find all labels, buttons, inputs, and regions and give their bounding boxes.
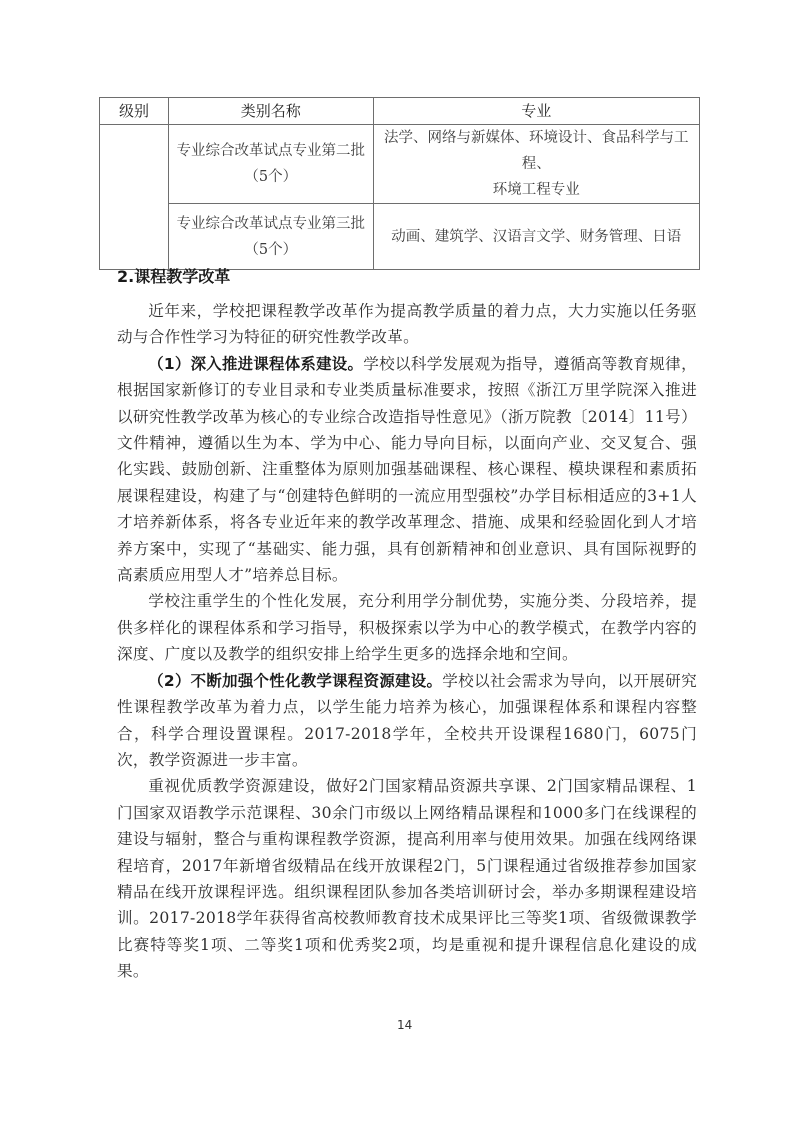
table-row: 专业综合改革试点专业第二批 （5个） 法学、网络与新媒体、环境设计、食品科学与工… xyxy=(100,125,700,204)
paragraph-text: 学校以科学发展观为指导，遵循高等教育规律，根据国家新修订的专业目录和专业类质量标… xyxy=(117,355,697,584)
paragraph: 近年来，学校把课程教学改革作为提高教学质量的着力点，大力实施以任务驱动与合作性学… xyxy=(117,298,697,351)
section-heading: 2.课程教学改革 xyxy=(117,264,230,287)
major-reform-table: 级别 类别名称 专业 专业综合改革试点专业第二批 （5个） 法学、网络与新媒体、… xyxy=(99,97,700,270)
table-header-row: 级别 类别名称 专业 xyxy=(100,98,700,125)
category-count: （5个） xyxy=(175,237,367,263)
majors-cell: 法学、网络与新媒体、环境设计、食品科学与工程、 环境工程专业 xyxy=(373,125,699,204)
paragraph-text: 近年来，学校把课程教学改革作为提高教学质量的着力点，大力实施以任务驱动与合作性学… xyxy=(117,302,697,346)
section-body: 近年来，学校把课程教学改革作为提高教学质量的着力点，大力实施以任务驱动与合作性学… xyxy=(117,298,697,985)
category-cell: 专业综合改革试点专业第二批 （5个） xyxy=(168,125,373,204)
majors-cell: 动画、建筑学、汉语言文学、财务管理、日语 xyxy=(373,204,699,270)
paragraph-text: 学校注重学生的个性化发展，充分利用学分制优势，实施分类、分段培养，提供多样化的课… xyxy=(117,592,697,663)
majors-line: 动画、建筑学、汉语言文学、财务管理、日语 xyxy=(380,224,693,250)
paragraph: （1）深入推进课程体系建设。学校以科学发展观为指导，遵循高等教育规律，根据国家新… xyxy=(117,351,697,589)
header-level: 级别 xyxy=(100,98,169,125)
header-category: 类别名称 xyxy=(168,98,373,125)
document-page: 级别 类别名称 专业 专业综合改革试点专业第二批 （5个） 法学、网络与新媒体、… xyxy=(0,0,800,1131)
category-line: 专业综合改革试点专业第二批 xyxy=(175,138,367,164)
majors-line: 法学、网络与新媒体、环境设计、食品科学与工程、 xyxy=(380,125,693,177)
paragraph: （2）不断加强个性化教学课程资源建设。学校以社会需求为导向，以开展研究性课程教学… xyxy=(117,668,697,774)
majors-line: 环境工程专业 xyxy=(380,177,693,203)
header-majors: 专业 xyxy=(373,98,699,125)
category-cell: 专业综合改革试点专业第三批 （5个） xyxy=(168,204,373,270)
paragraph: 重视优质教学资源建设，做好2门国家精品资源共享课、2门国家精品课程、1门国家双语… xyxy=(117,773,697,984)
category-count: （5个） xyxy=(175,164,367,190)
page-number: 14 xyxy=(397,1018,412,1032)
paragraph: 学校注重学生的个性化发展，充分利用学分制优势，实施分类、分段培养，提供多样化的课… xyxy=(117,588,697,667)
category-line: 专业综合改革试点专业第三批 xyxy=(175,211,367,237)
paragraph-lead: （2）不断加强个性化教学课程资源建设。 xyxy=(148,672,442,690)
paragraph-lead: （1）深入推进课程体系建设。 xyxy=(148,355,363,373)
paragraph-text: 重视优质教学资源建设，做好2门国家精品资源共享课、2门国家精品课程、1门国家双语… xyxy=(117,777,697,980)
level-cell xyxy=(100,125,169,270)
table-row: 专业综合改革试点专业第三批 （5个） 动画、建筑学、汉语言文学、财务管理、日语 xyxy=(100,204,700,270)
